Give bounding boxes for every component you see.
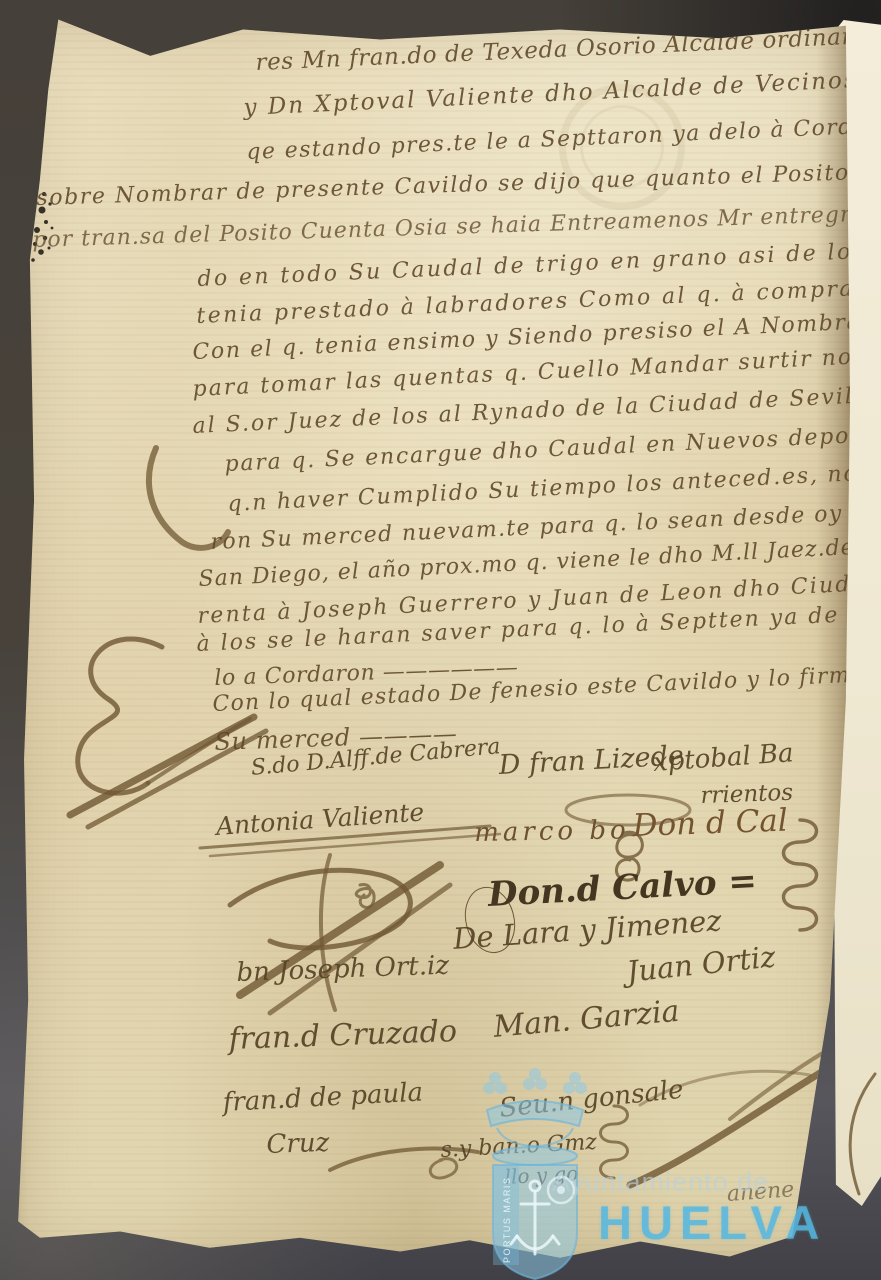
adjacent-page-pen-stroke [837,1068,879,1200]
manuscript-line: sobre Nombrar de presente Cavildo se dij… [36,160,850,211]
manuscript-page: res Mn fran.do de Texeda Osorio Alcalde … [14,12,850,1264]
signature-rubric-cluster [210,845,460,1020]
photo-scene: res Mn fran.do de Texeda Osorio Alcalde … [0,0,881,1280]
signature: anene [726,1177,795,1207]
manuscript-line: y Dn Xptoval Valiente dho Alcalde de Vec… [243,67,858,121]
signature: fran.d Cruzado [228,1014,458,1057]
signature: Don d Cal [632,803,788,844]
signature: fran.d de paula [222,1078,424,1118]
signature: Cruz [266,1128,330,1160]
signature: marco bo [474,815,630,848]
signature: Juan Ortiz [625,939,777,988]
signature: llo y go [504,1161,579,1189]
manuscript-line: res Mn fran.do de Texeda Osorio Alcalde … [255,23,876,76]
